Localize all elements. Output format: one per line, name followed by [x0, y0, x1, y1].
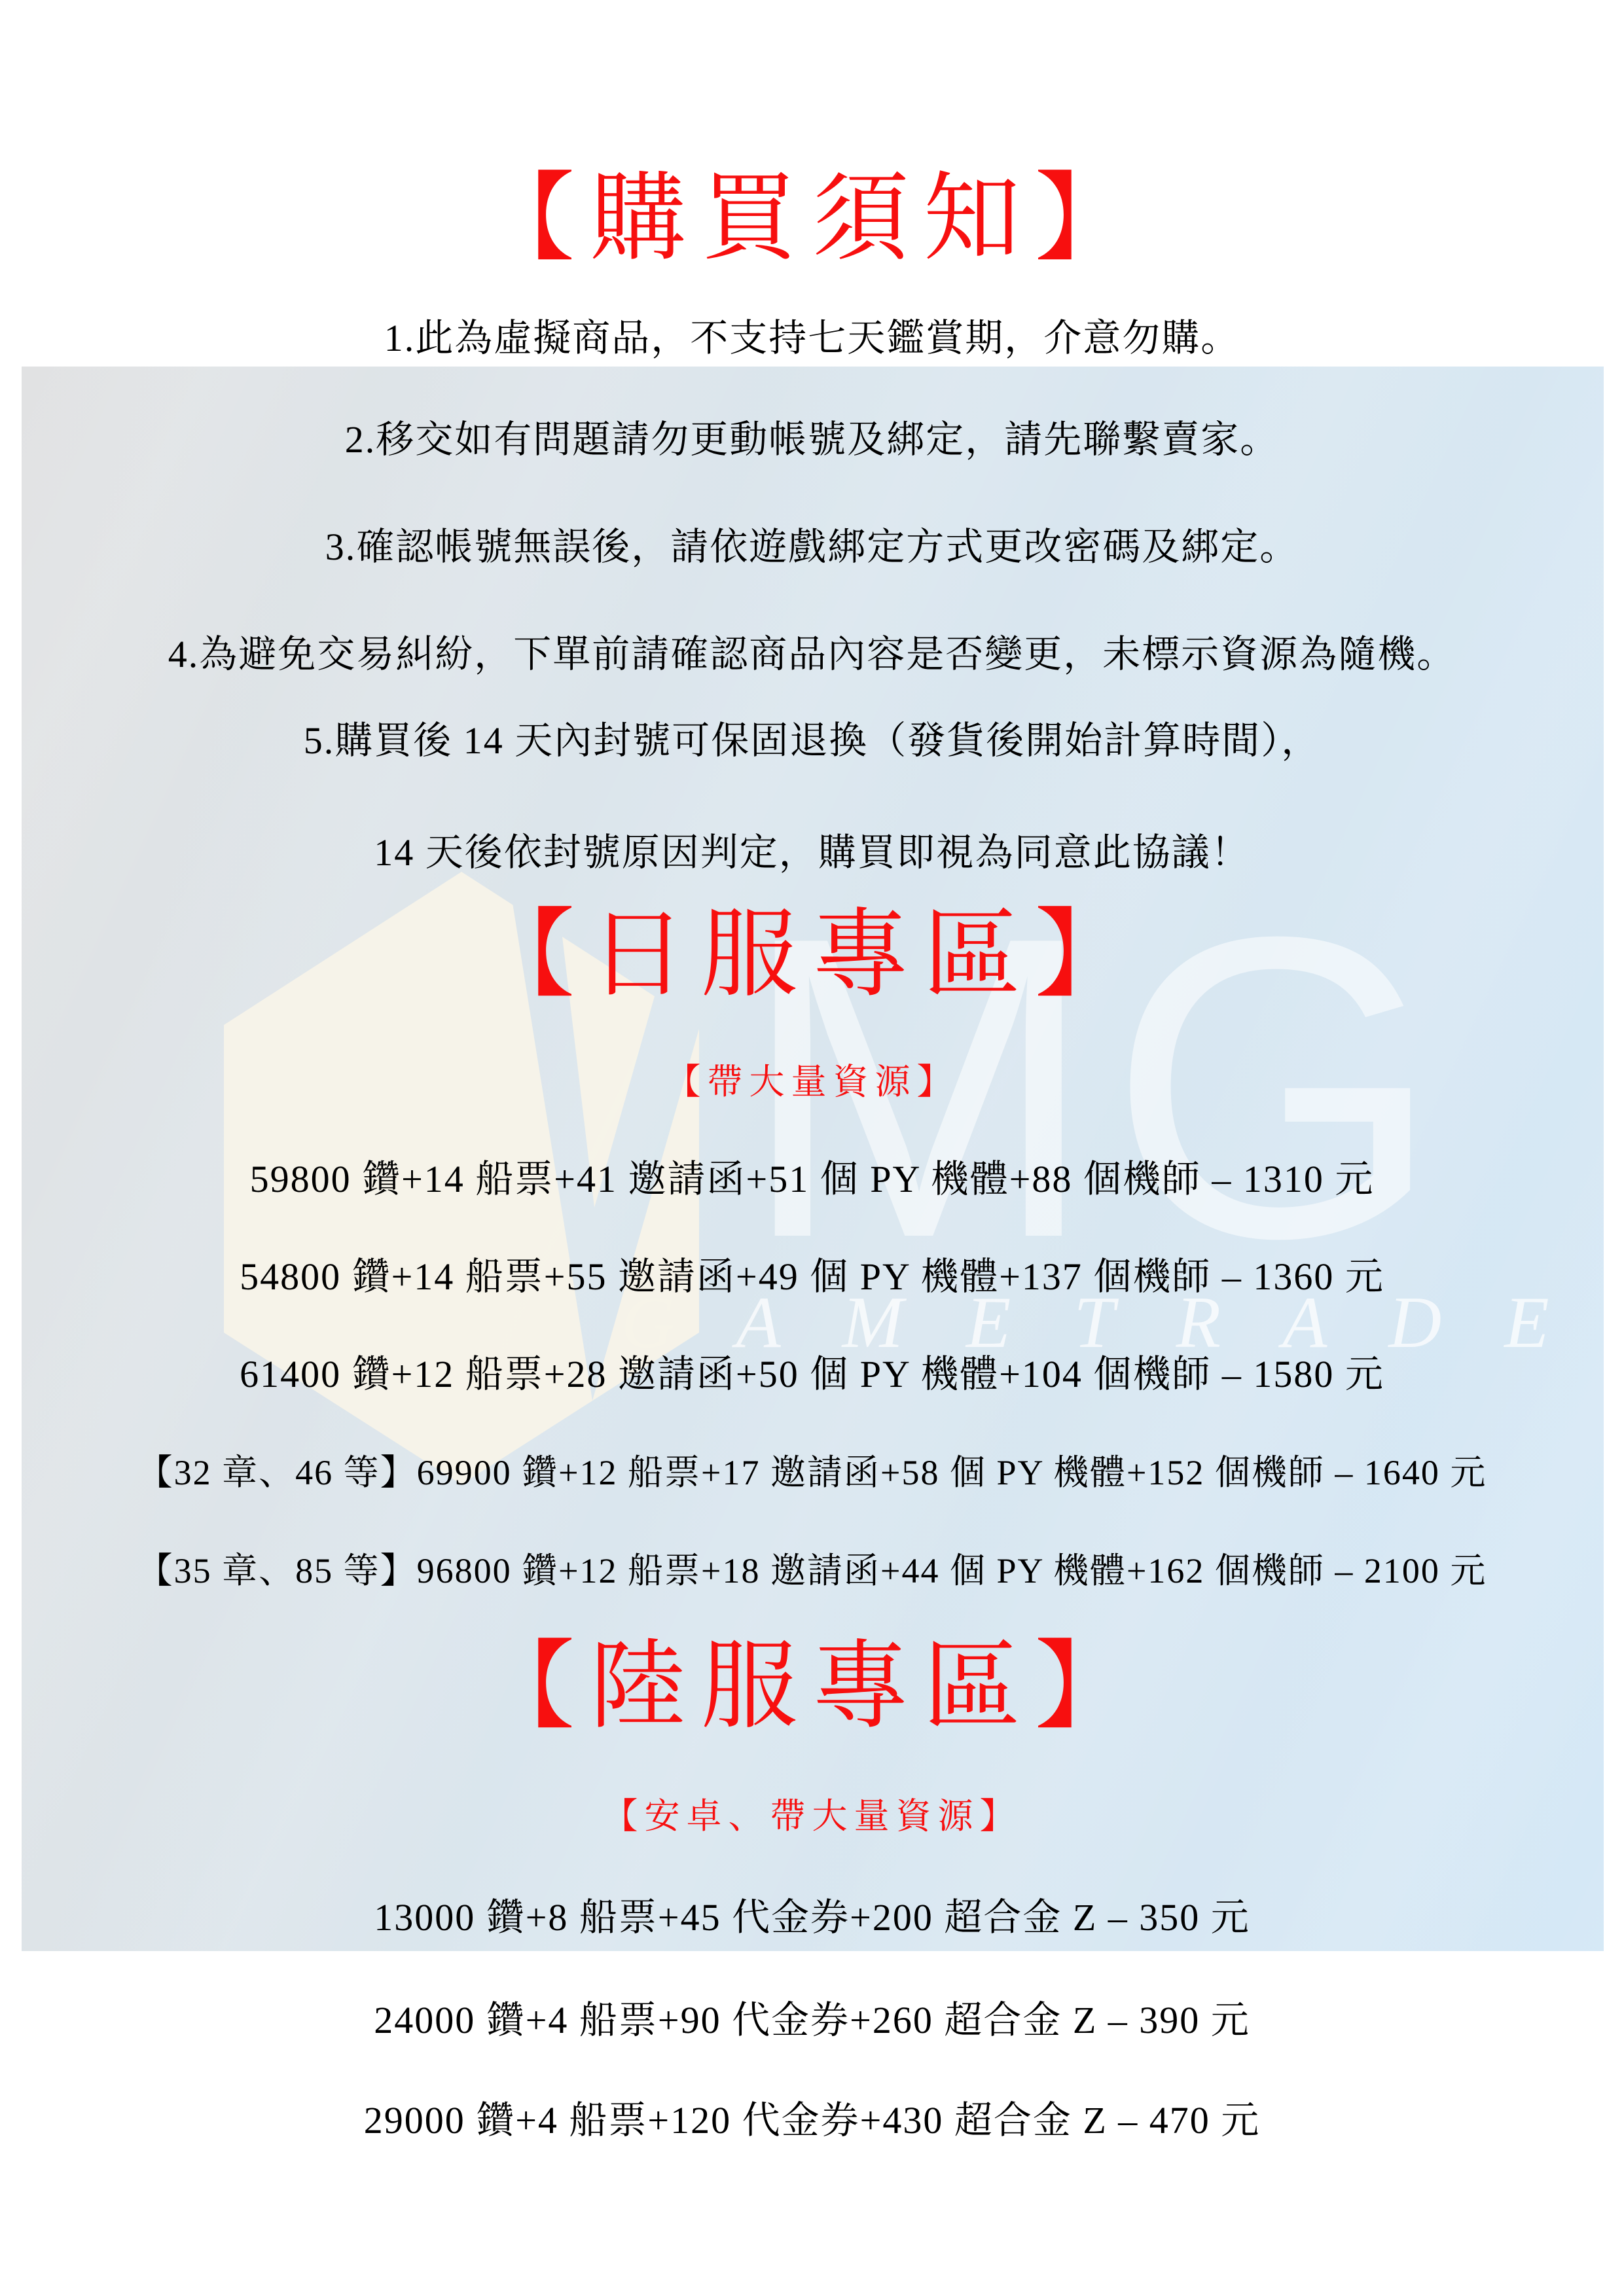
cn-section-title: 【陸服專區】 [0, 1619, 1624, 1756]
notice-line-4: 4.為避免交易糾紛，下單前請確認商品內容是否變更，未標示資源為隨機。 [0, 622, 1624, 687]
notice-line-5: 5.購買後 14 天內封號可保固退換（發貨後開始計算時間）， [0, 708, 1624, 774]
flyer-page: MG G A M E T R A D E 【購買須知】 1.此為虛擬商品，不支持… [0, 0, 1624, 2296]
notice-line-5-continued: 14 天後依封號原因判定，購買即視為同意此協議！ [0, 820, 1624, 886]
cn-price-line-1: 13000 鑽+8 船票+45 代金券+200 超合金 Z – 350 元 [0, 1885, 1624, 1950]
cn-price-line-2: 24000 鑽+4 船票+90 代金券+260 超合金 Z – 390 元 [0, 1988, 1624, 2053]
notice-line-3: 3.確認帳號無誤後，請依遊戲綁定方式更改密碼及綁定。 [0, 514, 1624, 580]
notice-line-2: 2.移交如有問題請勿更動帳號及綁定，請先聯繫賣家。 [0, 407, 1624, 473]
jp-price-line-3: 61400 鑽+12 船票+28 邀請函+50 個 PY 機體+104 個機師 … [0, 1342, 1624, 1407]
jp-price-line-4: 【32 章、46 等】69900 鑽+12 船票+17 邀請函+58 個 PY … [0, 1440, 1624, 1505]
page-title: 【購買須知】 [0, 151, 1624, 288]
cn-price-line-3: 29000 鑽+4 船票+120 代金券+430 超合金 Z – 470 元 [0, 2088, 1624, 2153]
jp-price-line-1: 59800 鑽+14 船票+41 邀請函+51 個 PY 機體+88 個機師 –… [0, 1147, 1624, 1212]
notice-line-1: 1.此為虛擬商品，不支持七天鑑賞期，介意勿購。 [0, 306, 1624, 371]
jp-price-line-5: 【35 章、85 等】96800 鑽+12 船票+18 邀請函+44 個 PY … [0, 1538, 1624, 1604]
jp-price-line-2: 54800 鑽+14 船票+55 邀請函+49 個 PY 機體+137 個機師 … [0, 1244, 1624, 1310]
jp-section-title: 【日服專區】 [0, 887, 1624, 1024]
cn-section-subtitle: 【安卓、帶大量資源】 [0, 1780, 1624, 1852]
jp-section-subtitle: 【帶大量資源】 [0, 1046, 1624, 1118]
